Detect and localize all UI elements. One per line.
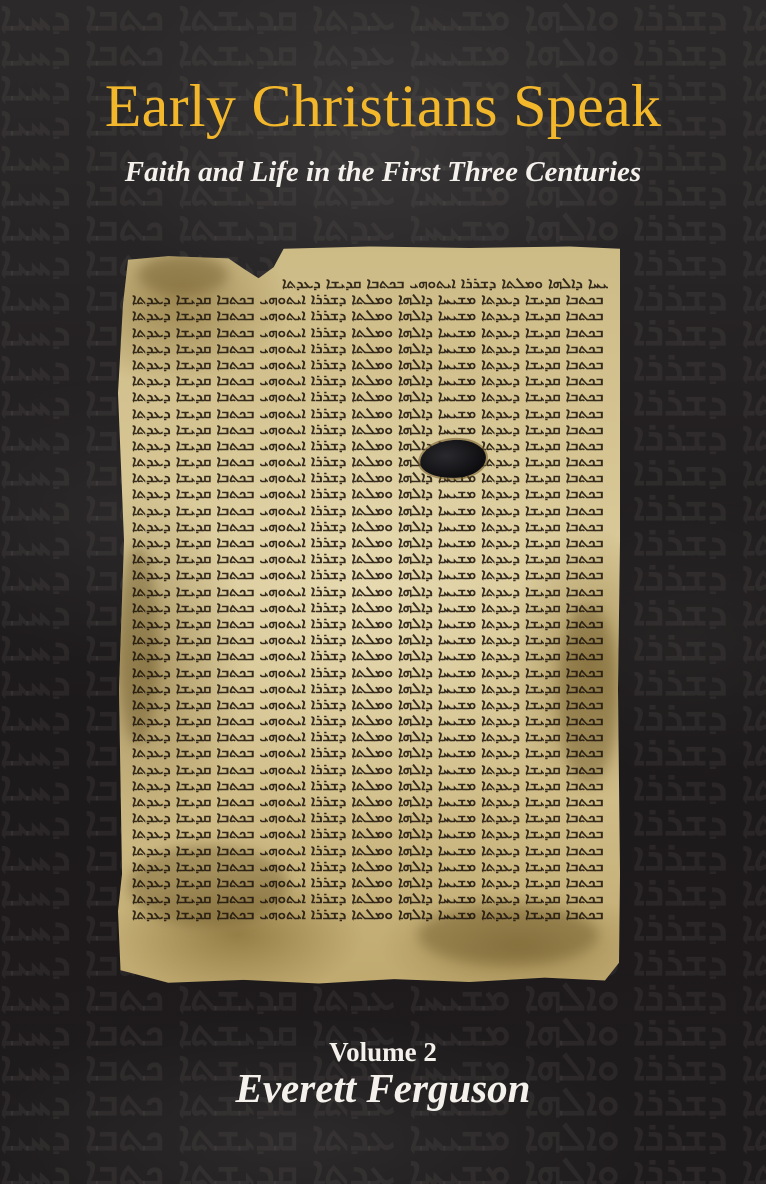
manuscript-line: ܡܫܝܚܐ ܕܐܠܗܐ ܘܡܠܬܐ ܕܫܪܪܐ ܐܝܬܘܗܝ ܒܟܬܒܐ ܩܕܝ… <box>132 275 608 291</box>
manuscript-line: ܐ ܐܝܬܘܗܝ ܒܟܬܒܐ ܩܕܝܫܐ ܕܥܕܬܐ ܡܫܝܚܐ ܕܐܠܗܐ ܘ… <box>132 437 608 453</box>
manuscript-line: ܕܥܕܬܐ ܡܫܝܚܐ ܕܐܠܗܐ ܘܡܠܬܐ ܕܫܪܪܐ ܐܝܬܘܗܝ ܒܟܬ… <box>132 485 608 501</box>
manuscript-line: ܐ ܩܕܝܫܐ ܕܥܕܬܐ ܡܫܝܚܐ ܕܐܠܗܐ ܘܡܠܬܐ ܕܫܪܪܐ ܐܝ… <box>132 356 608 372</box>
manuscript-line: ܝܚܐ ܕܐܠܗܐ ܘܡܠܬܐ ܕܫܪܪܐ ܐܝܬܘܗܝ ܒܟܬܒܐ ܩܕܝܫܐ… <box>132 502 608 518</box>
manuscript-line: ܝܫܐ ܕܥܕܬܐ ܡܫܝܚܐ ܕܐܠܗܐ ܘܡܠܬܐ ܕܫܪܪܐ ܐܝܬܘܗܝ… <box>132 809 608 825</box>
ghost-script-line: ܝܫܬܐ ܟܬܒܐ ܕܚܝܐ ܡܠܬܐ ܕܫܪܪܐ ܘܐܠܗܐ ܡܫܝܚܐ ܥܕ… <box>0 210 766 244</box>
manuscript-line: ܕܫܪܪܐ ܐܝܬܘܗܝ ܒܟܬܒܐ ܩܕܝܫܐ ܕܥܕܬܐ ܡܫܝܚܐ ܕܐܠ… <box>132 761 608 777</box>
manuscript-line: ܬܐ ܡܫܝܚܐ ܕܐܠܗܐ ܘܡܠܬܐ ܕܫܪܪܐ ܐܝܬܘܗܝ ܒܟܬܒܐ … <box>132 825 608 841</box>
manuscript-line: ܠܗܐ ܘܡܠܬܐ ܕܫܪܪܐ ܐܝܬܘܗܝ ܒܟܬܒܐ ܩܕܝܫܐ ܕܥܕܬܐ… <box>132 405 608 421</box>
manuscript-line: ܫܝܚܐ ܕܐܠܗܐ ܘܡܠܬܐ ܕܫܪܪܐ ܐܝܬܘܗܝ ܒܟܬܒܐ ܩܕܝܫ… <box>132 388 608 404</box>
manuscript-text: ܡܫܝܚܐ ܕܐܠܗܐ ܘܡܠܬܐ ܕܫܪܪܐ ܐܝܬܘܗܝ ܒܟܬܒܐ ܩܕܝ… <box>132 275 608 923</box>
manuscript-line: ܝܬܘܗܝ ܒܟܬܒܐ ܩܕܝܫܐ ܕܥܕܬܐ ܡܫܝܚܐ ܕܐܠܗܐ ܘܡܠܬ… <box>132 777 608 793</box>
manuscript-line: ܬܘܗܝ ܒܟܬܒܐ ܩܕܝܫܐ ܕܥܕܬܐ ܡܫܝܚܐ ܕܐܠܗܐ ܘܡܠܬܐ… <box>132 890 608 906</box>
manuscript-line: ܗܐ ܘܡܠܬܐ ܕܫܪܪܐ ܐܝܬܘܗܝ ܒܟܬܒܐ ܩܕܝܫܐ ܕܥܕܬܐ … <box>132 518 608 534</box>
manuscript-line: ܐ ܕܐܠܗܐ ܘܡܠܬܐ ܕܫܪܪܐ ܐܝܬܘܗܝ ܒܟܬܒܐ ܩܕܝܫܐ ܕ… <box>132 728 608 744</box>
manuscript-line: ܫܪܪܐ ܐܝܬܘܗܝ ܒܟܬܒܐ ܩܕܝܫܐ ܕܥܕܬܐ ܡܫܝܚܐ ܕܐܠܗ… <box>132 874 608 890</box>
manuscript-line: ܟܬܒܐ ܩܕܝܫܐ ܕܥܕܬܐ ܡܫܝܚܐ ܕܐܠܗܐ ܘܡܠܬܐ ܕܫܪܪܐ… <box>132 793 608 809</box>
manuscript-line: ܐܠܗܐ ܘܡܠܬܐ ܕܫܪܪܐ ܐܝܬܘܗܝ ܒܟܬܒܐ ܩܕܝܫܐ ܕܥܕܬ… <box>132 291 608 307</box>
manuscript-line: ܐܝܬܘܗܝ ܒܟܬܒܐ ܩܕܝܫܐ ܕܥܕܬܐ ܡܫܝܚܐ ܕܐܠܗܐ ܘܡܠ… <box>132 550 608 566</box>
manuscript-line: ܒܟܬܒܐ ܩܕܝܫܐ ܕܥܕܬܐ ܡܫܝܚܐ ܕܐܠܗܐ ܘܡܠܬܐ ܕܫܪܪ… <box>132 566 608 582</box>
book-title: Early Christians Speak <box>0 73 766 139</box>
manuscript-line: ܕܬܐ ܡܫܝܚܐ ܕܐܠܗܐ ܘܡܠܬܐ ܕܫܪܪܐ ܐܝܬܘܗܝ ܒܟܬܒܐ… <box>132 712 608 728</box>
book-cover: ܡܠܬܐ ܕܫܪܪܐ ܘܐܠܗܐ ܡܫܝܚܐ ܥܕܬܐ ܩܕܝܫܬܐ ܟܬܒܐ … <box>0 0 766 1184</box>
ghost-script-line: ܪܐ ܘܐܠܗܐ ܡܫܝܚܐ ܥܕܬܐ ܩܕܝܫܬܐ ܟܬܒܐ ܕܚܝܐ ܡܠܬ… <box>0 980 766 1014</box>
manuscript-line: ܩܕܝܫܐ ܕܥܕܬܐ ܡܫܝܚܐ ܕܐܠܗܐ ܘܡܠܬܐ ܕܫܪܪܐ ܐܝܬܘ… <box>132 583 608 599</box>
ghost-script-line: ܕܫܪܪܐ ܘܐܠܗܐ ܡܫܝܚܐ ܥܕܬܐ ܩܕܝܫܬܐ ܟܬܒܐ ܕܚܝܐ … <box>0 35 766 69</box>
ghost-script-line: ܐ ܟܬܒܐ ܕܚܝܐ ܡܠܬܐ ܕܫܪܪܐ ܘܐܠܗܐ ܡܫܝܚܐ ܥܕܬܐ … <box>0 1155 766 1184</box>
manuscript-line: ܕܫܪܪܐ ܐܝܬܘܗܝ ܒܟܬܒܐ ܩܕܝܫܐ ܕܥܕܬܐ ܡܫܝܚܐ ܕܐܠ… <box>132 647 608 663</box>
ghost-script-line: ܩܕܝܫܬܐ ܟܬܒܐ ܕܚܝܐ ܡܠܬܐ ܕܫܪܪܐ ܘܐܠܗܐ ܡܫܝܚܐ … <box>0 1120 766 1154</box>
manuscript-line: ܘܡܠܬܐ ܕܫܪܪܐ ܐܝܬܘܗܝ ܒܟܬܒܐ ܩܕܝܫܐ ܕܥܕܬܐ ܡܫܝ… <box>132 858 608 874</box>
manuscript-line: ܒܟܬܒܐ ܩܕܝܫܐ ܕܥܕܬܐ ܡܫܝܚܐ ܕܐܠܗܐ ܘܡܠܬܐ ܕܫܪܪ… <box>132 680 608 696</box>
manuscript-line: ܐ ܘܡܠܬܐ ܕܫܪܪܐ ܐܝܬܘܗܝ ܒܟܬܒܐ ܩܕܝܫܐ ܕܥܕܬܐ ܡ… <box>132 631 608 647</box>
manuscript-line: ܕܝܫܐ ܕܥܕܬܐ ܡܫܝܚܐ ܕܐܠܗܐ ܘܡܠܬܐ ܕܫܪܪܐ ܐܝܬܘܗ… <box>132 696 608 712</box>
ghost-script-line: ܡܠܬܐ ܕܫܪܪܐ ܘܐܠܗܐ ܡܫܝܚܐ ܥܕܬܐ ܩܕܝܫܬܐ ܟܬܒܐ … <box>0 0 766 34</box>
manuscript-line: ܬܐ ܕܫܪܪܐ ܐܝܬܘܗܝ ܒܟܬܒܐ ܩܕܝܫܐ ܕܥܕܬܐ ܡܫܝܚܐ … <box>132 421 608 437</box>
manuscript-line: ܠܬܐ ܕܫܪܪܐ ܐܝܬܘܗܝ ܒܟܬܒܐ ܩܕܝܫܐ ܕܥܕܬܐ ܡܫܝܚܐ… <box>132 307 608 323</box>
manuscript-line: ܘܡܠܬܐ ܕܫܪܪܐ ܐܝܬܘܗܝ ܒܟܬܒܐ ܩܕܝܫܐ ܕܥܕܬܐ ܡܫܝ… <box>132 744 608 760</box>
manuscript-line: ܗܝ ܒܟܬܒܐ ܩܕܝܫܐ ܕܥܕܬܐ ܡܫܝܚܐ ܕܐܠܗܐ ܘܡܠܬܐ ܕ… <box>132 340 608 356</box>
manuscript-line: ܐ ܕܫܪܪܐ ܐܝܬܘܗܝ ܒܟܬܒܐ ܩܕܝܫܐ ܕܥܕܬܐ ܡܫܝܚܐ ܕ… <box>132 534 608 550</box>
manuscript-line: ܕܐܠܗܐ ܘܡܠܬܐ ܕܫܪܪܐ ܐܝܬܘܗܝ ܒܟܬܒܐ ܩܕܝܫܐ ܕܥܕ… <box>132 842 608 858</box>
manuscript-line: ܩܕܝܫܐ ܕܥܕܬܐ ܡܫܝܚܐ ܕܐܠܗܐ ܘܡܠܬܐ ܕܫܪܪܐ ܐܝܬܘ… <box>132 469 608 485</box>
manuscript-line: ܕܥܕܬܐ ܡܫܝܚܐ ܕܐܠܗܐ ܘܡܠܬܐ ܕܫܪܪܐ ܐܝܬܘܗܝ ܒܟܬ… <box>132 372 608 388</box>
manuscript-line: ܪܐ ܐܝܬܘܗܝ ܒܟܬܒܐ ܩܕܝܫܐ ܕܥܕܬܐ ܡܫܝܚܐ ܕܐܠܗܐ … <box>132 324 608 340</box>
manuscript-line: ܚܐ ܕܐܠܗܐ ܘܡܠܬܐ ܕܫܪܪܐ ܐܝܬܘܗܝ ܒܟܬܒܐ ܩܕܝܫܐ … <box>132 615 608 631</box>
manuscript-image: ܡܫܝܚܐ ܕܐܠܗܐ ܘܡܠܬܐ ܕܫܪܪܐ ܐܝܬܘܗܝ ܒܟܬܒܐ ܩܕܝ… <box>118 245 620 985</box>
manuscript-line: ܬܒܐ ܩܕܝܫܐ ܕܥܕܬܐ ܡܫܝܚܐ ܕܐܠܗܐ ܘܡܠܬܐ ܕܫܪܪܐ … <box>132 906 608 922</box>
author-name: Everett Ferguson <box>0 1064 766 1112</box>
manuscript-line: ܝ ܒܟܬܒܐ ܩܕܝܫܐ ܕܥܕܬܐ ܡܫܝܚܐ ܕܐܠܗܐ ܘܡܠܬܐ ܕܫ… <box>132 453 608 469</box>
manuscript-line: ܥܕܬܐ ܡܫܝܚܐ ܕܐܠܗܐ ܘܡܠܬܐ ܕܫܪܪܐ ܐܝܬܘܗܝ ܒܟܬܒ… <box>132 599 608 615</box>
manuscript-line: ܐܝܬܘܗܝ ܒܟܬܒܐ ܩܕܝܫܐ ܕܥܕܬܐ ܡܫܝܚܐ ܕܐܠܗܐ ܘܡܠ… <box>132 664 608 680</box>
book-subtitle: Faith and Life in the First Three Centur… <box>0 154 766 190</box>
